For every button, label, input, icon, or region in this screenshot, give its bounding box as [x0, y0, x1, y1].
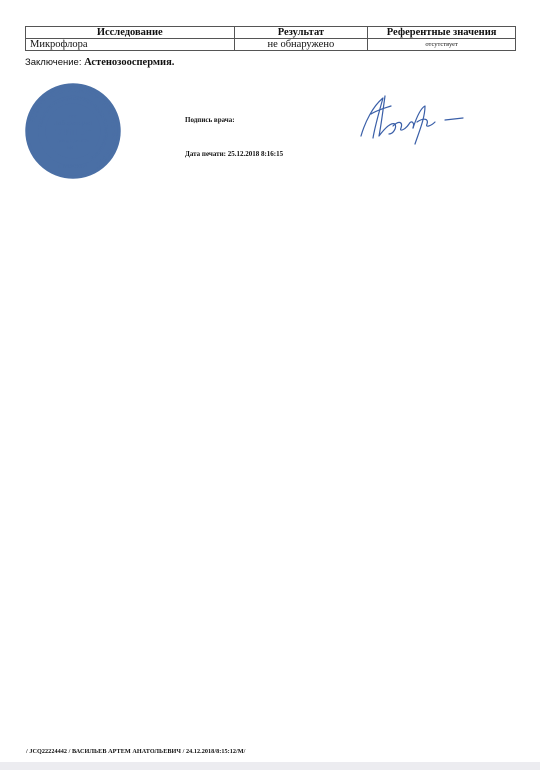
stamp-org-name-1: Лаборатория	[54, 119, 93, 127]
stamp-icon: ВОСТОЧНЫЙ АДМИНИСТРАТИВНЫЙ ОКРУГ ОБЩЕСТВ…	[24, 82, 122, 180]
conclusion-value: Астенозооспермия.	[84, 57, 174, 68]
signature-label: Подпись врача:	[185, 116, 235, 124]
cell-test: Микрофлора	[26, 39, 235, 51]
stamp-number: № 1	[67, 145, 78, 152]
header-result: Результат	[234, 27, 368, 39]
cell-reference: отсутствует	[368, 39, 516, 51]
stamp-org-name-2: "ЛИТЕХ"	[54, 127, 92, 137]
conclusion-label: Заключение:	[25, 57, 81, 68]
signature-icon	[355, 92, 470, 150]
document-page: Исследование Результат Референтные значе…	[0, 0, 540, 762]
stamp-purpose: для документов	[57, 138, 89, 143]
conclusion: Заключение: Астенозооспермия.	[25, 57, 174, 68]
bottom-strip	[0, 762, 540, 770]
stamp-org-type: ООО	[68, 113, 77, 118]
header-reference: Референтные значения	[368, 27, 516, 39]
table-row: Микрофлора не обнаружено отсутствует	[26, 39, 516, 51]
footer-identifier: / JCQ22224442 / ВАСИЛЬЕВ АРТЕМ АНАТОЛЬЕВ…	[26, 748, 245, 755]
header-test: Исследование	[26, 27, 235, 39]
results-table: Исследование Результат Референтные значе…	[25, 26, 516, 51]
print-date: Дата печати: 25.12.2018 8:16:15	[185, 150, 283, 158]
cell-result: не обнаружено	[234, 39, 368, 51]
stamp-city: г. МОСКВА	[58, 164, 88, 170]
table-header-row: Исследование Результат Референтные значе…	[26, 27, 516, 39]
